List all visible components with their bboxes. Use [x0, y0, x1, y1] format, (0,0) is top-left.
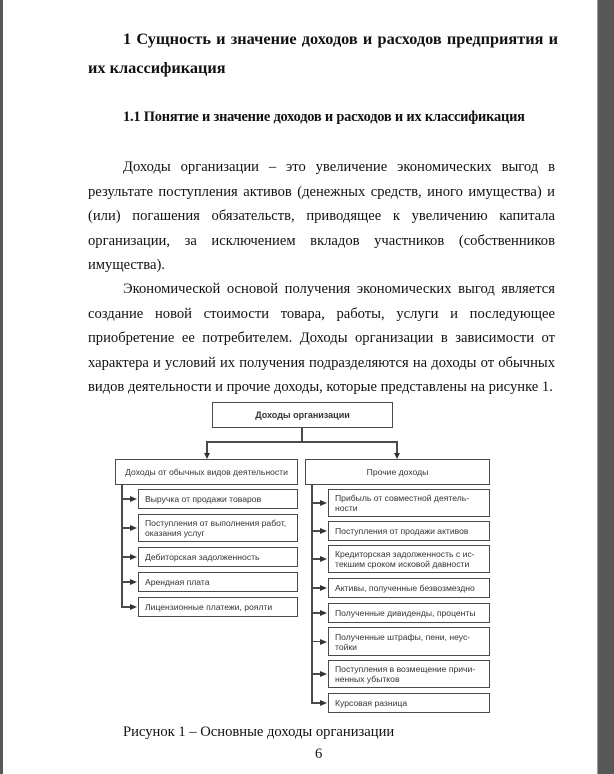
arrow-right-icon [130, 525, 137, 531]
connector [121, 485, 123, 607]
viewer-gutter-right [597, 0, 614, 774]
connector [396, 441, 398, 454]
connector [311, 587, 322, 589]
diagram-branch-label: Прочие доходы [367, 467, 429, 477]
connector [311, 485, 313, 703]
diagram-item-box: Кредиторская задолженность с ис-​текшим … [328, 545, 490, 573]
diagram-item-box: Полученные дивиденды, проценты [328, 603, 490, 623]
diagram-branch-label: Доходы от обычных видов деятельности [125, 467, 288, 477]
connector [311, 673, 322, 675]
diagram-item-label: Прибыль от совместной деятель-​ности [335, 493, 483, 513]
arrow-down-icon [394, 453, 400, 459]
diagram-branch-box-ordinary: Доходы от обычных видов деятельности [115, 459, 298, 485]
connector [311, 641, 322, 643]
diagram-item-label: Кредиторская задолженность с ис-​текшим … [335, 549, 483, 569]
connector [206, 441, 397, 443]
arrow-right-icon [320, 528, 327, 534]
connector [121, 606, 132, 608]
diagram-item-label: Поступления от продажи активов [335, 526, 468, 536]
connector [121, 527, 132, 529]
diagram-item-box: Арендная плата [138, 572, 298, 592]
diagram-item-box: Курсовая разница [328, 693, 490, 713]
figure-caption: Рисунок 1 – Основные доходы организации [123, 722, 394, 742]
arrow-right-icon [320, 610, 327, 616]
connector [206, 441, 208, 454]
diagram-item-label: Поступления в возмещение причи-​ненных у… [335, 664, 483, 684]
diagram-item-box: Выручка от продажи товаров [138, 489, 298, 509]
arrow-right-icon [320, 639, 327, 645]
diagram-item-label: Курсовая разница [335, 698, 407, 708]
diagram-item-label: Выручка от продажи товаров [145, 494, 261, 504]
connector [311, 558, 322, 560]
diagram-item-label: Арендная плата [145, 577, 210, 587]
diagram-item-label: Полученные штрафы, пени, неус-​тойки [335, 632, 483, 652]
diagram-item-box: Прибыль от совместной деятель-​ности [328, 489, 490, 517]
diagram-item-box: Полученные штрафы, пени, неус-​тойки [328, 627, 490, 656]
connector [301, 428, 303, 442]
diagram-item-box: Поступления от выполнения работ, оказани… [138, 514, 298, 542]
paragraph-economic-basis: Экономической основой получения экономич… [88, 277, 555, 400]
section-heading: 1.1 Понятие и значение доходов и расходо… [123, 107, 525, 127]
diagram-item-label: Полученные дивиденды, проценты [335, 608, 476, 618]
arrow-right-icon [130, 554, 137, 560]
chapter-heading: 1 Сущность и значение доходов и расходов… [88, 24, 558, 82]
connector [311, 502, 322, 504]
connector [121, 498, 132, 500]
arrow-right-icon [320, 700, 327, 706]
diagram-item-box: Лицензионные платежи, роялти [138, 597, 298, 617]
diagram-item-label: Активы, полученные безвозмездно [335, 583, 475, 593]
arrow-right-icon [320, 585, 327, 591]
arrow-right-icon [320, 671, 327, 677]
connector [311, 530, 322, 532]
connector [121, 581, 132, 583]
diagram-item-box: Дебиторская задолженность [138, 547, 298, 567]
diagram-root-box: Доходы организации [212, 402, 393, 428]
connector [121, 556, 132, 558]
arrow-right-icon [130, 604, 137, 610]
arrow-right-icon [130, 579, 137, 585]
diagram-item-label: Лицензионные платежи, роялти [145, 602, 272, 612]
diagram-item-label: Дебиторская задолженность [145, 552, 260, 562]
connector [311, 612, 322, 614]
connector [311, 702, 322, 704]
diagram-item-box: Поступления от продажи активов [328, 521, 490, 541]
diagram-item-box: Активы, полученные безвозмездно [328, 578, 490, 598]
document-page: 1 Сущность и значение доходов и расходов… [3, 0, 597, 774]
arrow-down-icon [204, 453, 210, 459]
diagram-branch-box-other: Прочие доходы [305, 459, 490, 485]
diagram-item-label: Поступления от выполнения работ, оказани… [145, 518, 291, 538]
paragraph-income-definition: Доходы организации – это увеличение экон… [88, 155, 555, 278]
arrow-right-icon [320, 556, 327, 562]
diagram-root-label: Доходы организации [255, 410, 350, 420]
page-number: 6 [315, 744, 322, 764]
diagram-item-box: Поступления в возмещение причи-​ненных у… [328, 660, 490, 688]
arrow-right-icon [130, 496, 137, 502]
arrow-right-icon [320, 500, 327, 506]
